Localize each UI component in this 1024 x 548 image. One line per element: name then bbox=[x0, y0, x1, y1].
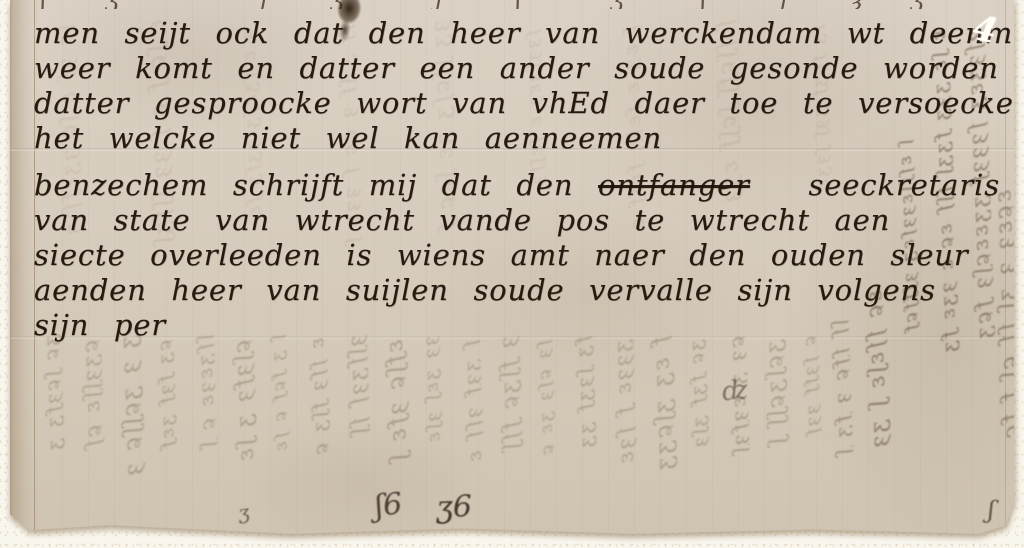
cropped-stroke: ƒ bbox=[435, 0, 444, 9]
cropped-stroke: ʃ bbox=[700, 0, 707, 9]
manuscript-line-3: datter gesproocke wort van vhEd daer toe… bbox=[34, 86, 998, 121]
bleedthrough-column: ɕʃȝƒȝ ʒ ʃɛ bbox=[232, 340, 260, 523]
bleedthrough-column: ȝʃſʒȝſ ſʃ bbox=[346, 335, 374, 526]
bleedthrough-column: ʒɕʃʒɕʃʃ ʃ bbox=[764, 340, 792, 523]
ink-smudge: ʒ6 bbox=[435, 489, 472, 525]
manuscript-text: men seijt ock dat den heer van werckenda… bbox=[34, 16, 998, 343]
manuscript-line-1: men seijt ock dat den heer van werckenda… bbox=[34, 16, 998, 51]
cropped-stroke: ʒ bbox=[105, 0, 119, 9]
manuscript-line-6: van state van wtrecht vande pos te wtrec… bbox=[34, 203, 998, 238]
bleedthrough-column: ƒ ɛʒ ʒʃɕʒʒ bbox=[650, 336, 680, 527]
manuscript-line-8: aenden heer van suijlen soude vervalle s… bbox=[34, 273, 998, 308]
scanner-background: { "document": { "type_label": "17th-cent… bbox=[0, 0, 1024, 548]
cropped-stroke: ȝ bbox=[850, 0, 863, 9]
cropped-stroke: ſ bbox=[780, 0, 789, 9]
bleedthrough-column: ɕʒ ƒȝƒ ʒɛƒ bbox=[156, 340, 180, 523]
bleedthrough-column: ʒ ȝ ʒɕʃʃɕ ȝ bbox=[118, 335, 148, 526]
manuscript-line-4: het welcke niet wel kan aenneemen bbox=[34, 121, 998, 156]
cropped-stroke: ʒ bbox=[910, 0, 924, 9]
paper-shadow-wrap: ʃɛ ȝſ ɛ ʃɕ ȝʒɛƒſ ȝɛ ʃɕ ƒ ɕ ſ ȝȝ ʃʃſʒʃȝ ɛ… bbox=[0, 0, 1024, 548]
bleedthrough-column: ʃſ ſƒɕ ȝ ƒʒ ʃ bbox=[828, 320, 855, 526]
manuscript-scan: ʃɛ ȝſ ɛ ʃɕ ȝʒɛƒſ ȝɛ ʃɕ ƒ ɕ ſ ȝȝ ʃʃſʒʃȝ ɛ… bbox=[0, 0, 1024, 548]
bleedthrough-column: ʃſʒɛȝɛ ɕ ʃ bbox=[194, 335, 221, 526]
bleedthrough-column: ʒɕ ƒʒƒ ʒʃȝ bbox=[688, 340, 712, 523]
cropped-stroke: ſ bbox=[260, 0, 269, 9]
struck-word: ontfanger bbox=[598, 168, 784, 202]
bleedthrough-column: ɕȝ ʒ ɛȝƒȝʃ bbox=[726, 336, 753, 527]
cropped-line-top: ʃʒſʒƒʃʒʃſȝʒ bbox=[10, 0, 1014, 9]
ink-smudge: ʣ bbox=[721, 375, 750, 408]
bleedthrough-column: ʒȝȝɛ ƒ ſȝɛ bbox=[612, 340, 639, 523]
bleedthrough-column: ʒɕ ʃɕȝƒʒ ʒ bbox=[42, 335, 68, 526]
bleedthrough-column: ɛ ſſȝ ƒʃʒ ɕ bbox=[308, 338, 333, 525]
line5-pre: benzechem schrijft mij dat den bbox=[34, 168, 598, 202]
cropped-stroke: ʃ bbox=[515, 0, 522, 9]
manuscript-line-2: weer komt en datter een ander soude geso… bbox=[34, 51, 998, 86]
bleedthrough-column: ƒʒ ʃȝʒƒ ʒʒ bbox=[574, 336, 600, 527]
ink-smudge: ʃ bbox=[987, 496, 995, 524]
line5-post: seeckretaris bbox=[784, 168, 1000, 202]
bleedthrough-column: ȝ ƒʃʒɕ ƒſʃ bbox=[498, 336, 527, 527]
bleedthrough-column: ſȝ ɕſȝ ʒɛ ɕ bbox=[536, 340, 559, 522]
cropped-stroke: ʒ bbox=[610, 0, 624, 9]
bleedthrough-column: ɕ ſȝƒƒ ȝȝſ bbox=[802, 336, 825, 522]
cropped-stroke: ʃ bbox=[40, 0, 47, 9]
ink-smudge: ʃ6 bbox=[373, 487, 404, 525]
bleedthrough-column: ʃ ʒ ƒɕƒ ɕ ſɛ bbox=[270, 335, 294, 525]
paper-sheet: ʃɛ ȝſ ɛ ʃɕ ȝʒɛƒſ ȝɛ ʃɕ ƒ ɕ ſ ȝȝ ʃʃſʒʃȝ ɛ… bbox=[10, 0, 1014, 536]
manuscript-line-7: siecte overleeden is wiens amt naer den … bbox=[34, 238, 998, 273]
manuscript-line-5: benzechem schrijft mij dat den ontfanger… bbox=[34, 168, 998, 203]
bleedthrough-column: ɕʒȝʃʃɛ ɕſ bbox=[80, 340, 107, 523]
manuscript-line-9: sijn per bbox=[34, 308, 998, 343]
